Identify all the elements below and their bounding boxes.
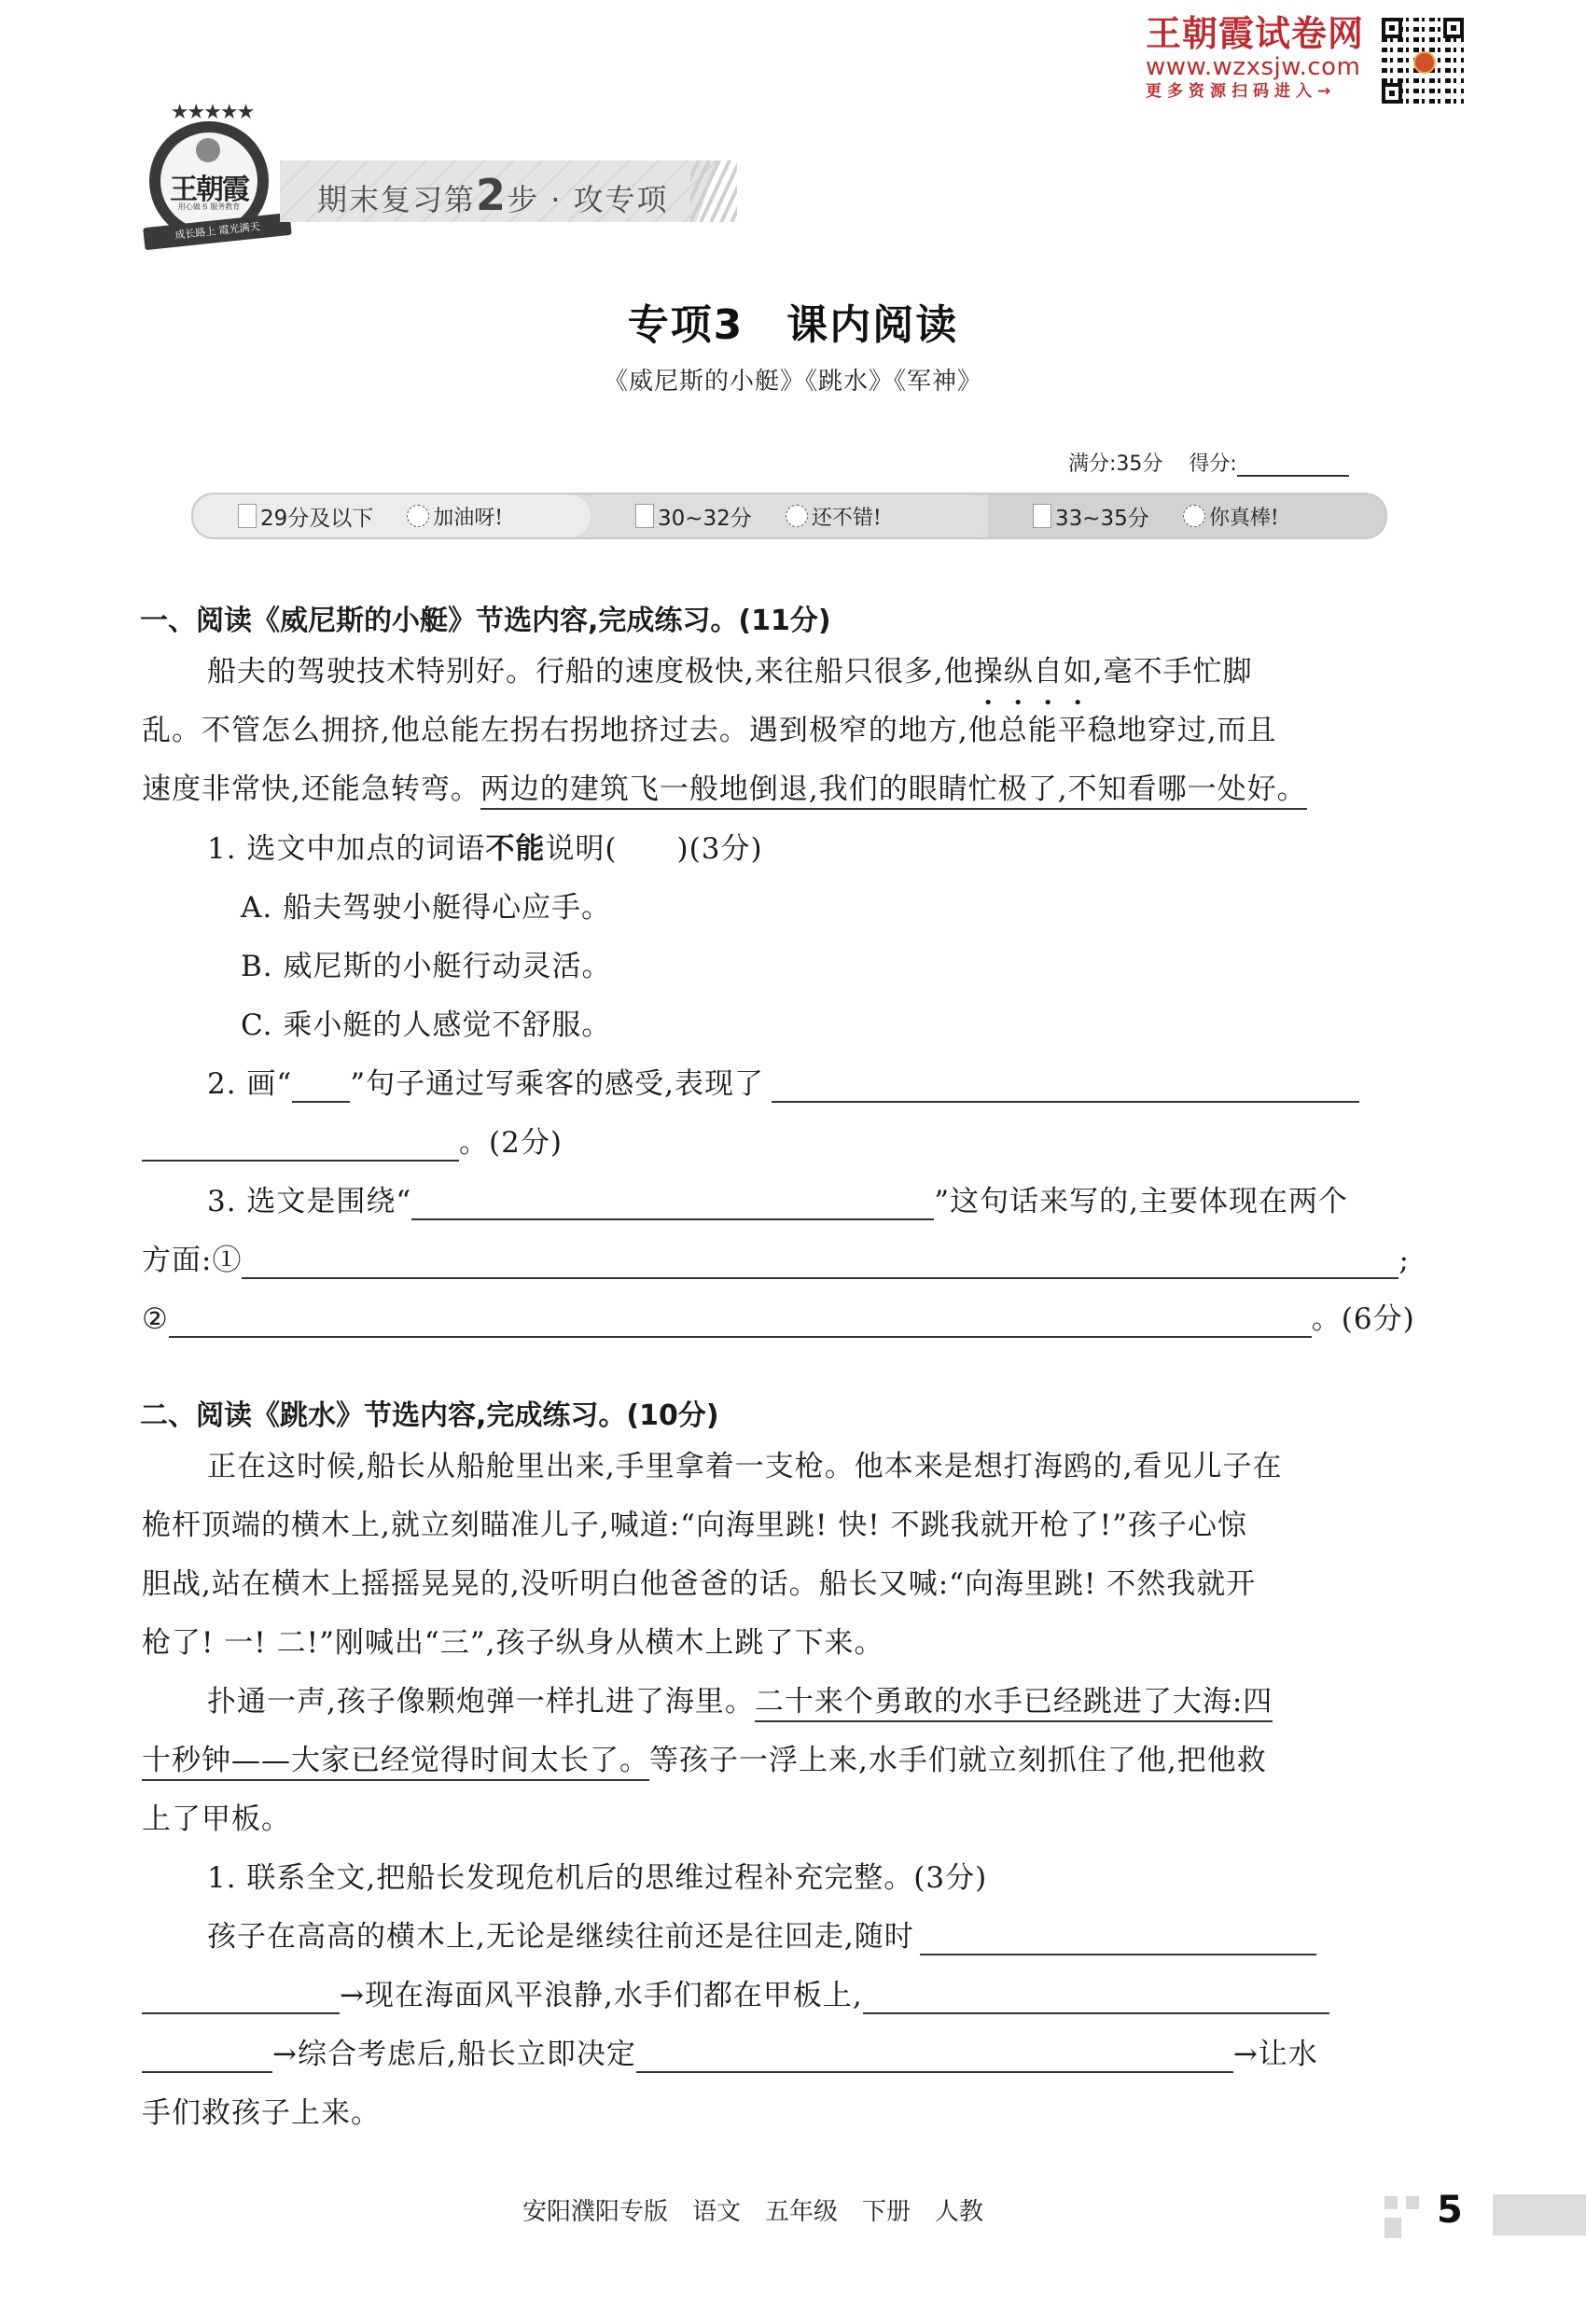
question-2-1: 1. 联系全文,把船长发现危机后的思维过程补充完整。(3分) (207, 1859, 1495, 1897)
smiley-icon (407, 505, 429, 527)
passage2-line: 扑通一声,孩子像颗炮弹一样扎进了海里。二十来个勇敢的水手已经跳进了大海:四 (207, 1683, 1495, 1720)
answer-blank[interactable] (242, 1249, 1398, 1279)
text: 说明( )(3分) (545, 832, 762, 866)
underlined-sentence: 十秒钟——大家已经觉得时间太长了。 (142, 1744, 649, 1781)
text: ”句子通过写乘客的感受,表现了 (350, 1067, 764, 1101)
score-line: 满分:35分 得分: (1068, 448, 1385, 477)
rating-cheer: 还不错! (812, 502, 882, 531)
portrait-icon (196, 138, 220, 162)
question-1-3-cont: 方面:①; (142, 1242, 1429, 1279)
answer-blank[interactable] (863, 1984, 1329, 2014)
qr-finder-icon (1443, 18, 1464, 38)
rating-high: 33~35分 你真棒! (988, 494, 1385, 537)
text: 孩子在高高的横木上,无论是继续往前还是往回走,随时 (207, 1920, 914, 1954)
text: 方面:① (142, 1244, 242, 1277)
question-1-3: 3. 选文是围绕“”这句话来写的,主要体现在两个 (207, 1183, 1495, 1220)
smiley-icon (786, 505, 808, 527)
dotted-char: 如 (1064, 655, 1093, 689)
qr-finder-icon (1382, 83, 1402, 104)
text: ② (142, 1302, 169, 1336)
option-b[interactable]: B. 威尼斯的小艇行动灵活。 (241, 948, 1528, 985)
text: 。(6分) (1312, 1302, 1415, 1336)
rating-range: 33~35分 (1055, 501, 1149, 532)
answer-blank[interactable] (169, 1308, 1312, 1338)
score-rating-band: 29分及以下 加油呀! 30~32分 还不错! 33~35分 你真棒! (191, 493, 1387, 539)
text: ; (1398, 1244, 1409, 1277)
text: 。(2分) (459, 1126, 563, 1160)
question-1-2: 2. 画“”句子通过写乘客的感受,表现了 (207, 1065, 1495, 1103)
page-number: 5 (1437, 2189, 1463, 2232)
answer-blank[interactable] (636, 2043, 1233, 2073)
rating-range: 29分及以下 (260, 501, 373, 532)
page-decoration (1384, 2218, 1401, 2238)
text: →让水 (1233, 2038, 1318, 2071)
section2-heading: 二、阅读《跳水》节选内容,完成练习。(10分) (140, 1392, 719, 1433)
answer-blank[interactable] (142, 2043, 272, 2073)
question-1-2-cont: 。(2分) (142, 1124, 1429, 1162)
underlined-sentence: 两边的建筑飞一般地倒退,我们的眼睛忙极了,不知看哪一处好。 (480, 772, 1307, 810)
text: 2. 画“ (207, 1067, 292, 1101)
rating-range: 30~32分 (658, 501, 752, 532)
rating-cheer: 你真棒! (1209, 502, 1279, 531)
rating-cheer: 加油呀! (433, 502, 503, 531)
section1-heading: 一、阅读《威尼斯的小艇》节选内容,完成练习。(11分) (140, 597, 831, 638)
page-bar-decoration (1493, 2194, 1586, 2235)
full-score: 满分:35分 (1068, 452, 1162, 476)
question-2-1-line: →现在海面风平浪静,水手们都在甲板上, (142, 1977, 1429, 2014)
text: →现在海面风平浪静,水手们都在甲板上, (340, 1979, 863, 2012)
passage2-line: 上了甲板。 (142, 1801, 1429, 1838)
answer-blank[interactable] (142, 1984, 340, 2014)
header-band: 期末复习第2步 · 攻专项 (280, 160, 718, 222)
passage1-line: 速度非常快,还能急转弯。两边的建筑飞一般地倒退,我们的眼睛忙极了,不知看哪一处好… (142, 771, 1429, 808)
answer-blank[interactable] (772, 1073, 1359, 1103)
dotted-char: 纵 (1004, 655, 1034, 689)
got-score-label: 得分: (1189, 452, 1236, 476)
checkbox[interactable] (635, 504, 654, 528)
page-title: 专项3 课内阅读 (0, 291, 1586, 351)
question-2-1-line: 手们救孩子上来。 (142, 2094, 1429, 2132)
question-2-1-line: →综合考虑后,船长立即决定→让水 (142, 2036, 1429, 2073)
brand-name: 王朝霞试卷网 (1146, 13, 1374, 54)
underline-mark (292, 1073, 350, 1103)
question-1-3-cont: ②。(6分) (142, 1301, 1429, 1338)
passage2-line: 胆战,站在横木上摇摇晃晃的,没听明白他爸爸的话。船长又喊:“向海里跳! 不然我就… (142, 1566, 1429, 1603)
underlined-sentence: 二十来个勇敢的水手已经跳进了大海:四 (755, 1685, 1273, 1722)
answer-blank[interactable] (411, 1190, 934, 1220)
publisher-logo: ★★★★★ 王朝霞 用心做书 服务教育 成长路上 霞光满天 (142, 101, 291, 241)
qr-code-icon (1379, 15, 1467, 106)
brand-banner: 王朝霞试卷网 www.wzxsjw.com 更多资源扫码进入→ (1146, 13, 1374, 106)
brand-url: www.wzxsjw.com (1146, 54, 1374, 80)
page-subtitle: 《威尼斯的小艇》《跳水》《军神》 (0, 362, 1586, 397)
smiley-icon (1183, 505, 1205, 527)
checkbox[interactable] (1033, 504, 1051, 528)
text: ”这句话来写的,主要体现在两个 (934, 1185, 1348, 1218)
qr-finder-icon (1382, 18, 1402, 38)
passage2-line: 十秒钟——大家已经觉得时间太长了。等孩子一浮上来,水手们就立刻抓住了他,把他救 (142, 1742, 1429, 1779)
passage2-line: 枪了! 一! 二!”刚喊出“三”,孩子纵身从横木上跳了下来。 (142, 1624, 1429, 1662)
header-band-text: 期末复习第2步 · 攻专项 (317, 170, 669, 220)
answer-blank[interactable] (920, 1926, 1316, 1955)
band-stripes-decoration (690, 160, 737, 222)
text: ,毫不手忙脚 (1093, 655, 1253, 689)
question-2-1-line: 孩子在高高的横木上,无论是继续往前还是往回走,随时 (207, 1918, 1495, 1955)
checkbox[interactable] (238, 504, 257, 528)
passage2-line: 正在这时候,船长从船舱里出来,手里拿着一支枪。他本来是想打海鸥的,看见儿子在 (207, 1448, 1495, 1485)
page-decoration (1406, 2196, 1419, 2209)
option-c[interactable]: C. 乘小艇的人感觉不舒服。 (241, 1007, 1528, 1044)
brand-cta: 更多资源扫码进入→ (1146, 80, 1374, 103)
footer-edition: 安阳濮阳专版 语文 五年级 下册 人教 (522, 2192, 983, 2227)
rating-low: 29分及以下 加油呀! (193, 494, 591, 537)
text: 速度非常快,还能急转弯。 (142, 772, 480, 806)
option-a[interactable]: A. 船夫驾驶小艇得心应手。 (241, 889, 1528, 926)
rating-mid: 30~32分 还不错! (591, 494, 988, 537)
answer-blank[interactable] (142, 1132, 459, 1162)
dotted-char: 操 (974, 655, 1004, 689)
text: 船夫的驾驶技术特别好。行船的速度极快,来往船只很多,他 (207, 655, 974, 689)
emphasis: 不能 (485, 832, 545, 866)
qr-logo-icon (1413, 51, 1436, 74)
text: 3. 选文是围绕“ (207, 1185, 411, 1218)
score-input[interactable] (1237, 456, 1349, 477)
text: 扑通一声,孩子像颗炮弹一样扎进了海里。 (207, 1685, 755, 1719)
text: 等孩子一浮上来,水手们就立刻抓住了他,把他救 (649, 1744, 1267, 1777)
text: →综合考虑后,船长立即决定 (272, 2038, 636, 2071)
passage1-line: 船夫的驾驶技术特别好。行船的速度极快,来往船只很多,他操纵自如,毫不手忙脚 (207, 653, 1495, 690)
page-decoration (1384, 2196, 1398, 2209)
question-1-1: 1. 选文中加点的词语不能说明( )(3分) (207, 830, 1495, 868)
text: 1. 选文中加点的词语 (207, 832, 485, 866)
passage2-line: 桅杆顶端的横木上,就立刻瞄准儿子,喊道:“向海里跳! 快! 不跳我就开枪了!”孩… (142, 1507, 1429, 1544)
dotted-char: 自 (1034, 655, 1064, 689)
passage1-line: 乱。不管怎么拥挤,他总能左拐右拐地挤过去。遇到极窄的地方,他总能平稳地穿过,而且 (142, 712, 1429, 749)
logo-slogan: 用心做书 服务教育 (168, 202, 250, 212)
